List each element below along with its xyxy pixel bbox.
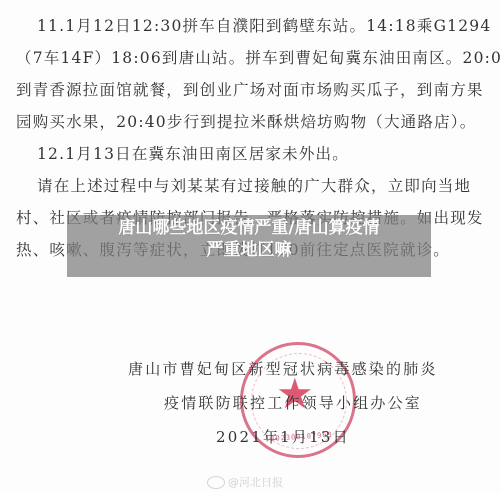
signature-org-line-2: 疫情联防联控工作领导小组办公室 (164, 392, 422, 413)
overlay-title-line-1: 唐山哪些地区疫情严重/唐山算疫情 (67, 217, 431, 239)
paragraph-line-5: 12.1月13日在冀东油田南区居家未外出。 (37, 144, 349, 164)
paragraph-line-1: 11.1月12日12:30拼车自濮阳到鹤壁东站。14:18乘G1294 (37, 16, 491, 36)
watermark-text: @河北日报 (228, 476, 283, 489)
overlay-title: 唐山哪些地区疫情严重/唐山算疫情 严重地区嘛 (67, 215, 431, 261)
paragraph-line-4: 园购买水果，20:40步行到提拉米酥烘焙坊购物（大通路店）。 (16, 112, 476, 132)
overlay-title-line-2: 严重地区嘛 (67, 239, 431, 261)
title-overlay: 唐山哪些地区疫情严重/唐山算疫情 严重地区嘛 (67, 215, 431, 277)
signature-org-line-1: 唐山市曹妃甸区新型冠状病毒感染的肺炎 (128, 358, 438, 379)
paragraph-line-3: 到青香源拉面馆就餐，到创业广场对面市场购买瓜子，到南方果 (16, 80, 484, 100)
watermark: @河北日报 (207, 474, 283, 490)
paragraph-line-2: （7车14F）18:06到唐山站。拼车到曹妃甸冀东油田南区。20:00 (16, 48, 500, 68)
signature-date: 2021年1月13日 (216, 426, 350, 447)
paragraph-line-6: 请在上述过程中与刘某某有过接触的广大群众，立即向当地 (37, 176, 471, 196)
weibo-icon (207, 476, 225, 489)
